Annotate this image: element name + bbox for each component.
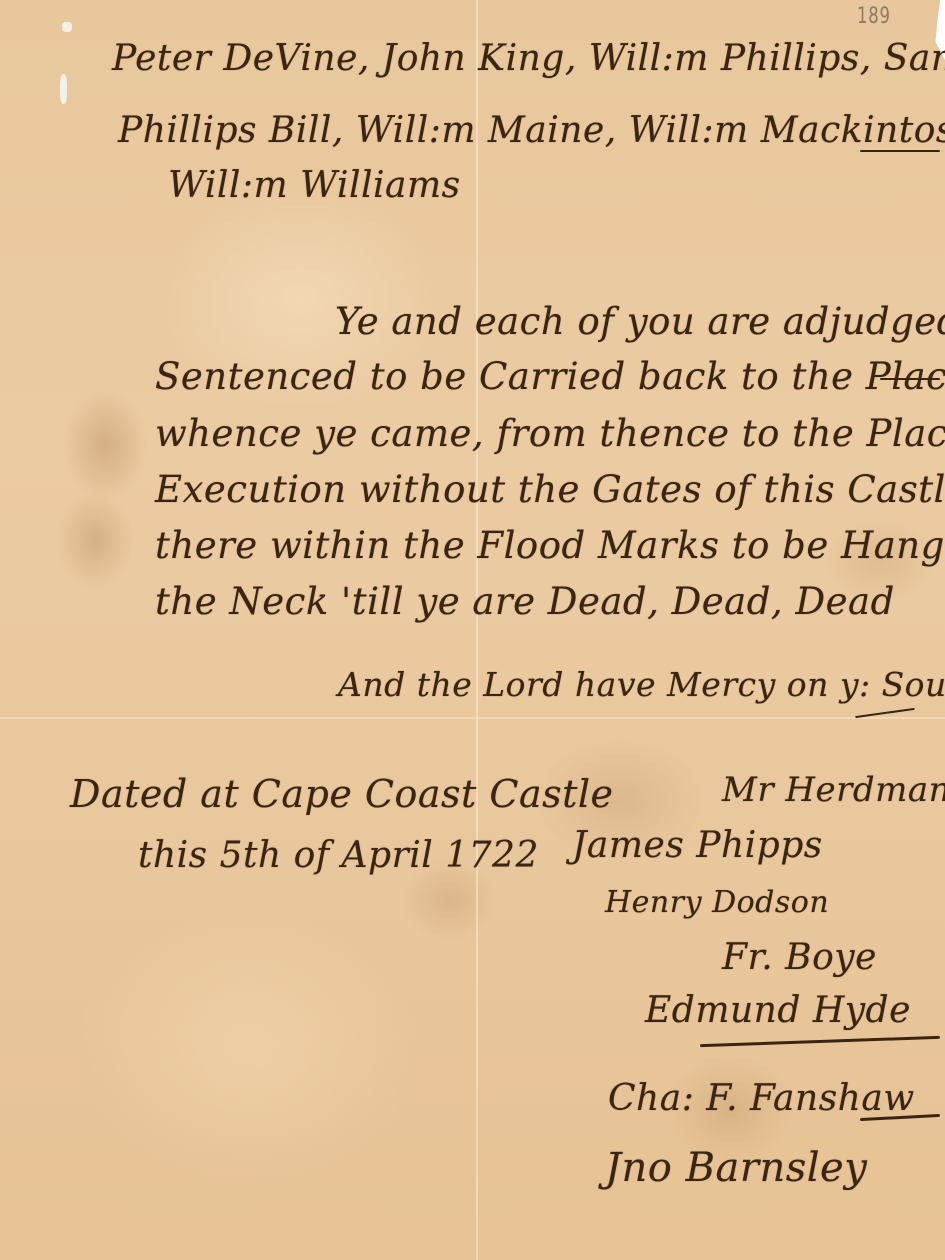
- sentence-line-3: whence ye came, from thence to the Place…: [155, 412, 945, 455]
- signature-james-phipps: James Phipps: [572, 825, 823, 866]
- paper-hole: [62, 22, 72, 32]
- defendants-line-3: Will:m Williams: [168, 165, 461, 206]
- manuscript-page: 189 Peter DeVine, John King, Will:m Phil…: [0, 0, 945, 1260]
- sentence-line-4: Execution without the Gates of this Cast…: [155, 468, 945, 511]
- signature-edmund-hyde: Edmund Hyde: [645, 990, 911, 1031]
- signature-henry-dodson: Henry Dodson: [605, 885, 829, 920]
- archive-number: 189: [857, 4, 891, 29]
- paper-tear: [60, 74, 67, 104]
- dateline-date: this 5th of April 1722: [138, 835, 539, 876]
- defendants-line-2: Phillips Bill, Will:m Maine, Will:m Mack…: [118, 110, 945, 151]
- defendants-line-1: Peter DeVine, John King, Will:m Phillips…: [112, 38, 945, 79]
- signature-boye: Fr. Boye: [722, 937, 877, 978]
- sentence-line-2: Sentenced to be Carried back to the Plac…: [155, 355, 945, 398]
- horizontal-fold-line: [0, 717, 945, 719]
- signature-barnsley: Jno Barnsley: [605, 1145, 867, 1191]
- signature-underline: [700, 1036, 940, 1047]
- dateline-place: Dated at Cape Coast Castle: [70, 772, 614, 816]
- sentence-line-5: there within the Flood Marks to be Hange…: [155, 524, 945, 567]
- flourish-line: [880, 378, 940, 380]
- vertical-fold-line: [476, 0, 478, 1260]
- sentence-line-6: the Neck 'till ye are Dead, Dead, Dead: [155, 580, 895, 623]
- signature-fanshaw: Cha: F. Fanshaw: [608, 1078, 915, 1119]
- signature-herdman: Mr Herdman: [722, 770, 945, 810]
- flourish-line: [860, 150, 940, 152]
- closing-blessing: And the Lord have Mercy on y: Souls.: [338, 665, 945, 704]
- sentence-line-1: Ye and each of you are adjudged and: [335, 300, 945, 343]
